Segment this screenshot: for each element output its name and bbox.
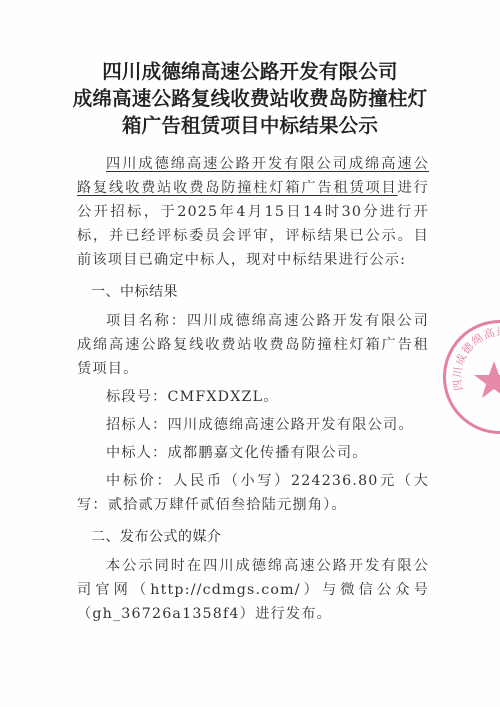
title-line-3: 箱广告租赁项目中标结果公示	[60, 112, 440, 139]
document-page: 四川成德绵高速公路开发有限公司 成绵高速公路复线收费站收费岛防撞柱灯 箱广告租赁…	[0, 0, 500, 707]
section-heading-results: 一、中标结果	[77, 280, 429, 304]
tenderer-item: 招标人：四川成德绵高速公路开发有限公司。	[77, 413, 429, 437]
media-paragraph: 本公示同时在四川成德绵高速公路开发有限公司官网（http://cdmgs.com…	[77, 554, 429, 626]
title-line-2: 成绵高速公路复线收费站收费岛防撞柱灯	[60, 85, 440, 112]
project-name-underlined: 四川成德绵高速公路开发有限公司成绵高速公路复线收费站收费岛防撞柱灯箱广告租赁项目	[77, 156, 429, 196]
company-seal-stamp: 四川成德绵高速公路开发有限公司	[443, 320, 500, 434]
intro-paragraph: 四川成德绵高速公路开发有限公司成绵高速公路复线收费站收费岛防撞柱灯箱广告租赁项目…	[77, 152, 429, 272]
section-heading-media: 二、发布公式的媒介	[77, 525, 429, 549]
project-name-item: 项目名称：四川成德绵高速公路开发有限公司成绵高速公路复线收费站收费岛防撞柱灯箱广…	[77, 309, 429, 381]
document-title: 四川成德绵高速公路开发有限公司 成绵高速公路复线收费站收费岛防撞柱灯 箱广告租赁…	[60, 58, 440, 139]
title-line-1: 四川成德绵高速公路开发有限公司	[60, 58, 440, 85]
winner-item: 中标人：成都鹏嘉文化传播有限公司。	[77, 441, 429, 465]
price-item: 中标价：人民币（小写）224236.80元（大写：贰拾贰万肆仟贰佰叁拾陆元捌角）…	[77, 469, 429, 517]
lot-number-item: 标段号：CMFXDXZL。	[77, 385, 429, 409]
star-icon: 四川成德绵高速公路开发有限公司	[446, 323, 500, 437]
document-body: 四川成德绵高速公路开发有限公司成绵高速公路复线收费站收费岛防撞柱灯箱广告租赁项目…	[77, 152, 429, 626]
